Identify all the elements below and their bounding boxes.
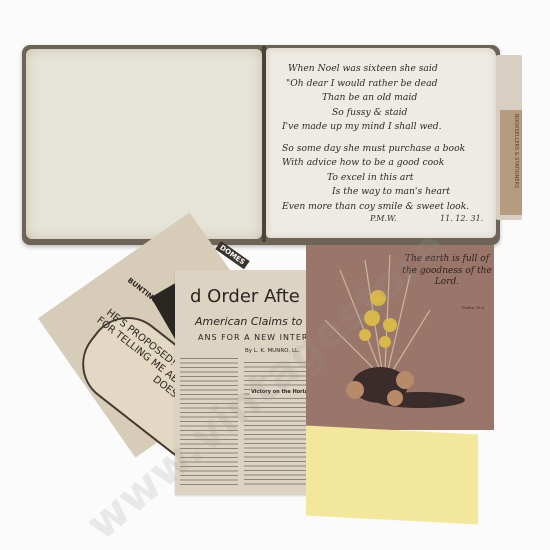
stanza-gap	[282, 135, 492, 142]
poem-line: I've made up my mind I shall wed.	[282, 120, 492, 135]
poem-date: 11. 12. 31.	[440, 214, 483, 223]
news-column	[244, 360, 306, 488]
poem-line: Even more than coy smile & sweet look.	[282, 200, 492, 215]
poem-line: Than be an old maid	[282, 91, 492, 106]
poem-line: Is the way to man's heart	[282, 185, 492, 200]
poem-line: So fussy & staid	[282, 106, 492, 121]
news-byline: By L. K. MUNRO, LL.	[245, 348, 300, 354]
poem-line: With advice how to be a good cook	[282, 156, 492, 171]
scripture-verse: The earth is full of the goodness of the…	[402, 254, 492, 289]
poem-line: When Noel was sixteen she said	[282, 62, 492, 77]
poem-line: So some day she must purchase a book	[282, 142, 492, 157]
card-yellow-panel	[306, 425, 478, 524]
insert-label: BOOKSELLERS & STATIONERS	[500, 110, 522, 215]
poem-line: "Oh dear I would rather be dead	[282, 77, 492, 92]
signature: P.M.W.	[370, 214, 396, 223]
news-headline: d Order Afte	[190, 286, 300, 307]
scripture-reference: Psalm 33:5	[462, 305, 484, 310]
news-column	[180, 356, 238, 488]
poem-line: To excel in this art	[282, 171, 492, 186]
handwritten-poem: When Noel was sixteen she said "Oh dear …	[282, 62, 492, 214]
album-left-page	[26, 49, 262, 239]
insert-label-text: BOOKSELLERS & STATIONERS	[503, 114, 519, 210]
news-subhead: American Claims to	[195, 315, 302, 328]
news-subhead-2: ANS FOR A NEW INTERNA	[198, 333, 322, 342]
